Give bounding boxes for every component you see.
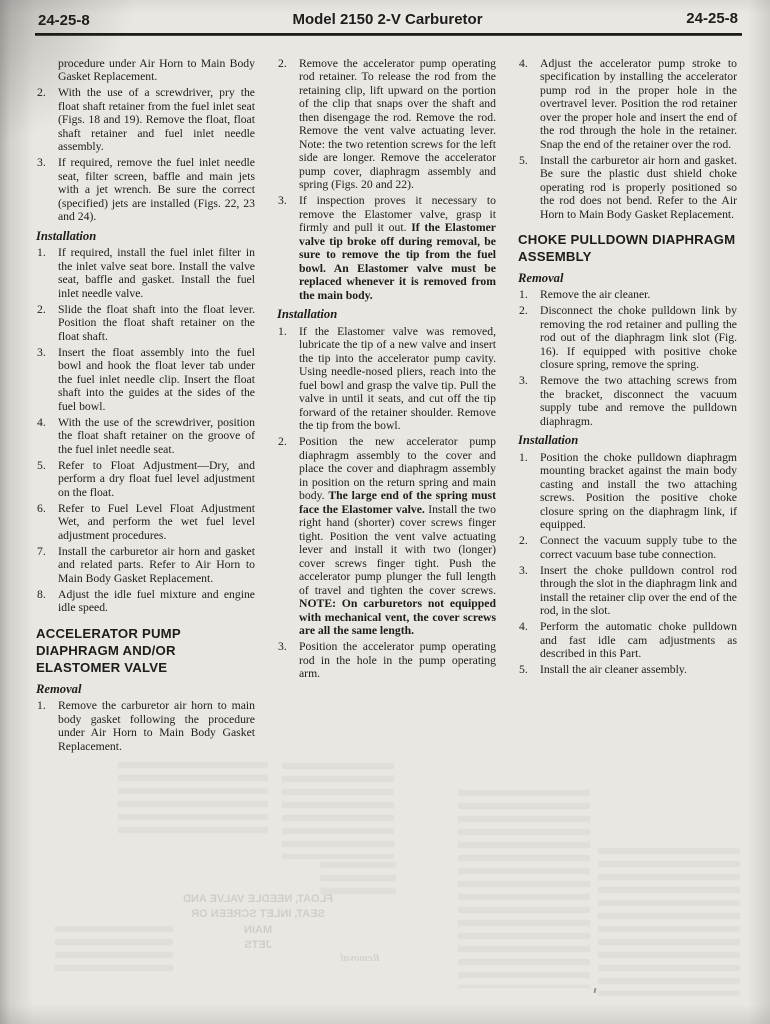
list-item: 4.Perform the automatic choke pulldown a…	[518, 620, 737, 661]
list-item-number: 8.	[37, 588, 46, 602]
list-item-number: 1.	[519, 288, 528, 302]
text-run: Perform the automatic choke pulldown and…	[540, 620, 737, 660]
text-run: Slide the float shaft into the float lev…	[58, 303, 255, 343]
list-item-number: 1.	[519, 451, 528, 465]
ghost-mirrored-subheading: Removal	[300, 952, 380, 964]
text-run: Remove the air cleaner.	[540, 288, 650, 301]
text-columns: procedure under Air Horn to Main Body Ga…	[36, 54, 737, 756]
text-run: Remove the accelerator pump operating ro…	[299, 57, 496, 192]
text-run: If required, remove the fuel inlet needl…	[58, 156, 255, 223]
list-item-number: 5.	[519, 663, 528, 677]
subsection-heading: Installation	[36, 229, 255, 244]
document-title: Model 2150 2-V Carburetor	[35, 11, 740, 28]
ghost-smudge	[458, 790, 590, 988]
ghost-smudge	[282, 763, 394, 859]
text-run: Insert the choke pulldown control rod th…	[540, 564, 737, 618]
text-run: Insert the float assembly into the fuel …	[58, 346, 255, 413]
list-item: 1.Remove the carburetor air horn to main…	[36, 699, 255, 753]
section-heading: ACCELERATOR PUMPDIAPHRAGM AND/ORELASTOME…	[36, 625, 255, 677]
text-run: Install the carburetor air horn and gask…	[540, 154, 737, 221]
bold-run: NOTE: On carburetors not equipped with m…	[299, 597, 496, 637]
text-run: If required, install the fuel inlet filt…	[58, 246, 255, 300]
list-item: 2.Slide the float shaft into the float l…	[36, 303, 255, 344]
list-item: 6.Refer to Fuel Level Float Adjustment W…	[36, 502, 255, 543]
text-run: Remove the carburetor air horn to main b…	[58, 699, 255, 753]
list-item: 3.Remove the two attaching screws from t…	[518, 374, 737, 428]
list-item: 1.Position the choke pulldown diaphragm …	[518, 451, 737, 532]
text-run: procedure under Air Horn to Main Body Ga…	[58, 57, 255, 84]
list-item-number: 3.	[278, 194, 287, 208]
column-2: 2.Remove the accelerator pump operating …	[277, 54, 496, 756]
list-item: 3.Insert the float assembly into the fue…	[36, 346, 255, 414]
section-heading: CHOKE PULLDOWN DIAPHRAGMASSEMBLY	[518, 231, 737, 266]
text-run: With the use of a screwdriver, pry the f…	[58, 86, 255, 153]
list-item: 2.Remove the accelerator pump operating …	[277, 57, 496, 192]
list-item: 1.If required, install the fuel inlet fi…	[36, 246, 255, 300]
list-item: 5.Install the carburetor air horn and ga…	[518, 154, 737, 222]
subsection-heading: Installation	[518, 433, 737, 448]
list-item-number: 1.	[37, 246, 46, 260]
list-item-number: 3.	[519, 374, 528, 388]
list-item: 4.With the use of the screwdriver, posit…	[36, 416, 255, 457]
ghost-smudge	[55, 926, 173, 978]
list-item-number: 1.	[278, 325, 287, 339]
list-item-number: 3.	[37, 156, 46, 170]
header-rule	[35, 33, 742, 36]
list-item-number: 2.	[278, 57, 287, 71]
list-item-number: 4.	[519, 620, 528, 634]
list-item-number: 2.	[278, 435, 287, 449]
manual-page: 24-25-8 Model 2150 2-V Carburetor 24-25-…	[0, 0, 770, 1024]
list-item-number: 4.	[37, 416, 46, 430]
text-run: Disconnect the choke pulldown link by re…	[540, 304, 737, 371]
list-item: 3.Insert the choke pulldown control rod …	[518, 564, 737, 618]
ghost-smudge	[320, 862, 396, 900]
list-item: 5.Refer to Float Adjustment—Dry, and per…	[36, 459, 255, 500]
subsection-heading: Removal	[518, 271, 737, 286]
list-item-number: 2.	[519, 304, 528, 318]
list-item: 1.If the Elastomer valve was removed, lu…	[277, 325, 496, 433]
list-item-number: 2.	[37, 303, 46, 317]
list-item: 1.Remove the air cleaner.	[518, 288, 737, 302]
page-number-right: 24-25-8	[686, 10, 738, 27]
list-item-number: 3.	[37, 346, 46, 360]
list-item: 3.Position the accelerator pump operatin…	[277, 640, 496, 681]
text-run: Position the choke pulldown diaphragm mo…	[540, 451, 737, 532]
list-item: 2.Disconnect the choke pulldown link by …	[518, 304, 737, 372]
list-item-number: 3.	[278, 640, 287, 654]
list-item-number: 3.	[519, 564, 528, 578]
text-run: Adjust the accelerator pump stroke to sp…	[540, 57, 737, 151]
text-run: If the Elastomer valve was removed, lubr…	[299, 325, 496, 433]
list-item-number: 5.	[519, 154, 528, 168]
ghost-mirrored-heading: FLOAT, NEEDLE VALVE ANDSEAT, INLET SCREE…	[176, 892, 340, 954]
text-run: Install the carburetor air horn and gask…	[58, 545, 255, 585]
text-run: Adjust the idle fuel mixture and engine …	[58, 588, 255, 615]
text-run: Refer to Fuel Level Float Adjustment Wet…	[58, 502, 255, 542]
list-item-number: 6.	[37, 502, 46, 516]
list-item: 2.Connect the vacuum supply tube to the …	[518, 534, 737, 561]
text-run: Install the air cleaner assembly.	[540, 663, 687, 676]
list-item-number: 5.	[37, 459, 46, 473]
page-header: 24-25-8 Model 2150 2-V Carburetor 24-25-…	[35, 10, 740, 32]
list-item: 5.Install the air cleaner assembly.	[518, 663, 737, 677]
subsection-heading: Installation	[277, 307, 496, 322]
list-item: 2.Position the new accelerator pump diap…	[277, 435, 496, 638]
column-1: procedure under Air Horn to Main Body Ga…	[36, 54, 255, 756]
list-item: 7.Install the carburetor air horn and ga…	[36, 545, 255, 586]
subsection-heading: Removal	[36, 682, 255, 697]
list-item-number: 2.	[519, 534, 528, 548]
text-run: With the use of the screwdriver, positio…	[58, 416, 255, 456]
list-item: 3.If required, remove the fuel inlet nee…	[36, 156, 255, 224]
list-item-number: 4.	[519, 57, 528, 71]
paragraph: procedure under Air Horn to Main Body Ga…	[36, 57, 255, 84]
text-run: Position the accelerator pump operating …	[299, 640, 496, 680]
text-run: Refer to Float Adjustment—Dry, and perfo…	[58, 459, 255, 499]
list-item: 8.Adjust the idle fuel mixture and engin…	[36, 588, 255, 615]
list-item: 2.With the use of a screwdriver, pry the…	[36, 86, 255, 154]
ghost-smudge	[598, 848, 740, 996]
column-3: 4.Adjust the accelerator pump stroke to …	[518, 54, 737, 756]
list-item-number: 7.	[37, 545, 46, 559]
ghost-smudge	[118, 762, 268, 834]
list-item-number: 2.	[37, 86, 46, 100]
text-run: Connect the vacuum supply tube to the co…	[540, 534, 737, 561]
scan-speck	[594, 988, 597, 993]
text-run: Install the two right hand (shorter) cov…	[299, 503, 496, 597]
list-item-number: 1.	[37, 699, 46, 713]
list-item: 4.Adjust the accelerator pump stroke to …	[518, 57, 737, 152]
text-run: Remove the two attaching screws from the…	[540, 374, 737, 428]
list-item: 3.If inspection proves it necessary to r…	[277, 194, 496, 302]
